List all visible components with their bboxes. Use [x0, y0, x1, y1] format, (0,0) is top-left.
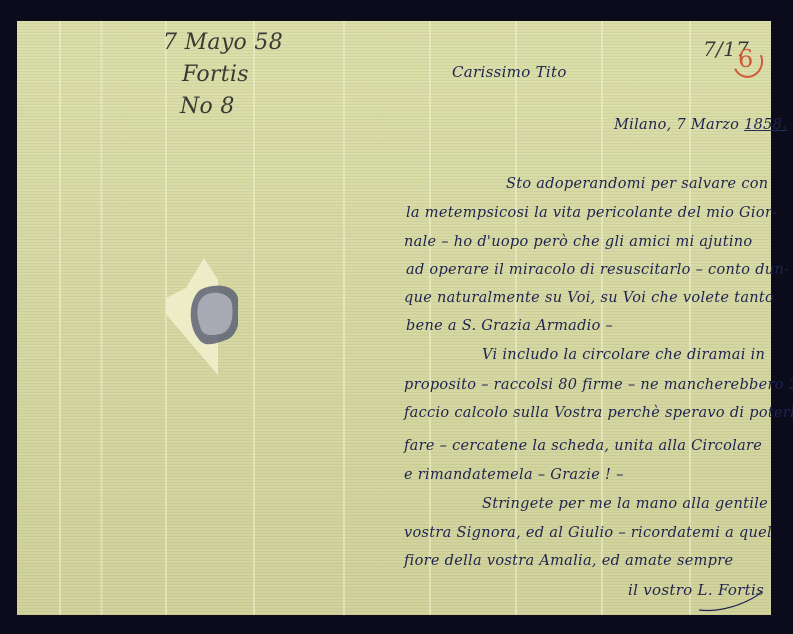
- body-line: la metempsicosi la vita pericolante del …: [406, 205, 777, 221]
- body-line: bene a S. Grazia Armadio –: [406, 318, 613, 334]
- body-line: faccio calcolo sulla Vostra perchè spera…: [404, 405, 793, 421]
- body-line: Stringete per me la mano alla gentile: [482, 496, 768, 512]
- letter-place-date: Milano, 7 Marzo 1858.: [614, 117, 787, 133]
- body-line: vostra Signora, ed al Giulio – ricordate…: [404, 525, 772, 541]
- signature-flourish: [695, 590, 765, 614]
- body-line: e rimandatemela – Grazie ! –: [404, 467, 624, 483]
- body-line: ad operare il miracolo di resuscitarlo –…: [406, 262, 789, 278]
- body-line: Vi includo la circolare che diramai in: [482, 347, 765, 363]
- archival-number-note: No 8: [180, 94, 235, 119]
- place-date-text: Milano, 7 Marzo: [614, 117, 739, 133]
- chain-line: [59, 21, 61, 615]
- body-line: Sto adoperandomi per salvare con: [506, 176, 768, 192]
- archival-author-note: Fortis: [182, 62, 249, 87]
- archival-date-note: 7 Mayo 58: [163, 30, 283, 55]
- chain-line: [343, 21, 345, 615]
- chain-line: [253, 21, 255, 615]
- body-line: proposito – raccolsi 80 firme – ne manch…: [404, 377, 793, 393]
- body-line: que naturalmente su Voi, su Voi che vole…: [404, 290, 774, 306]
- body-line: fare – cercatene la scheda, unita alla C…: [404, 438, 762, 454]
- salutation: Carissimo Tito: [452, 63, 567, 81]
- tape-stain: [148, 240, 238, 375]
- body-line: fiore della vostra Amalia, ed amate semp…: [404, 553, 733, 569]
- body-line: nale – ho d'uopo però che gli amici mi a…: [404, 234, 752, 250]
- letter-year: 1858.: [744, 117, 787, 133]
- circled-number: 6: [738, 45, 754, 73]
